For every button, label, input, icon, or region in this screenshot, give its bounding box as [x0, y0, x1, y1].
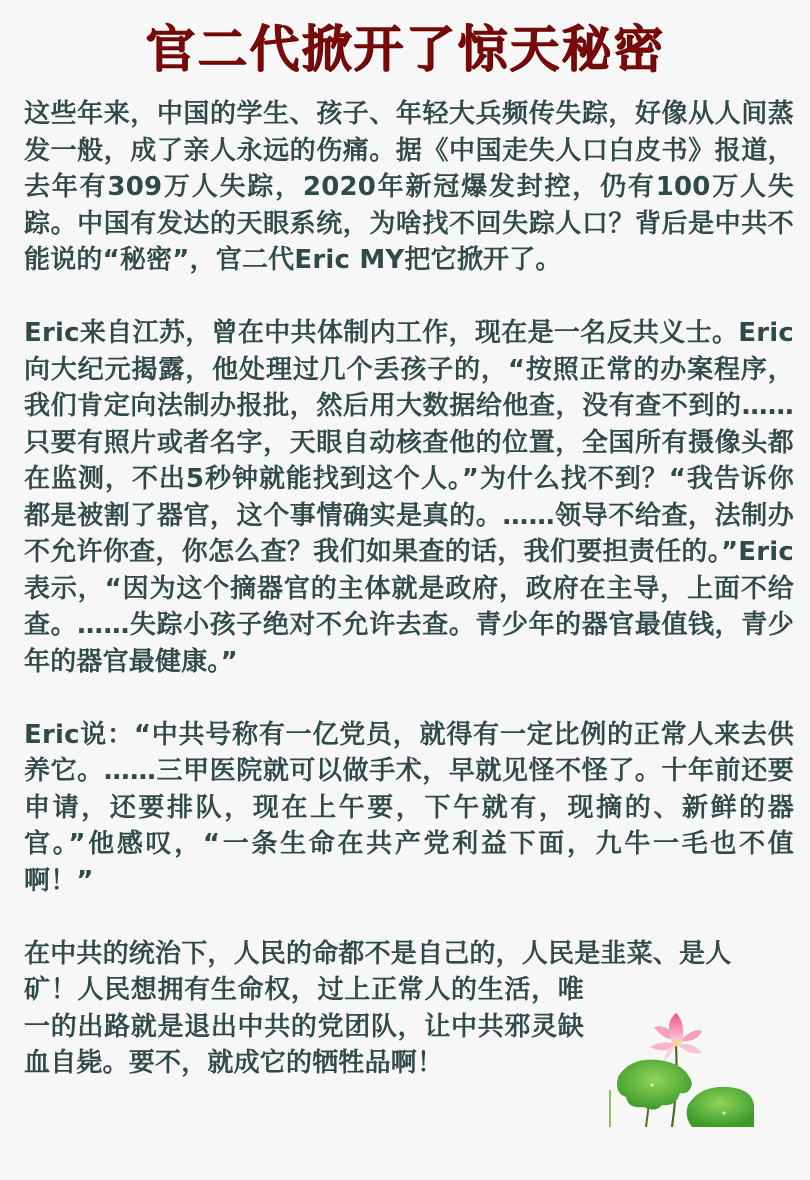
article-title: 官二代掀开了惊天秘密 — [0, 18, 810, 80]
closing-line-1: 在中共的统治下，人民的命都不是自己的，人民是韭菜、是人 — [24, 936, 794, 973]
paragraph-eric-quote: Eric说：“中共号称有一亿党员，就得有一定比例的正常人来去供养它。……三甲医院… — [24, 717, 794, 900]
closing-line-rest: 矿！人民想拥有生命权，过上正常人的生活，唯一的出路就是退出中共的党团队，让中共邪… — [24, 975, 584, 1078]
lotus-flower-icon — [606, 1005, 756, 1127]
article-body: 这些年来，中国的学生、孩子、年轻大兵频传失踪，好像从人间蒸发一般，成了亲人永远的… — [24, 96, 794, 1118]
paragraph-eric-background: Eric来自江苏，曾在中共体制内工作，现在是一名反共义士。Eric向大纪元揭露，… — [24, 315, 794, 680]
paragraph-intro: 这些年来，中国的学生、孩子、年轻大兵频传失踪，好像从人间蒸发一般，成了亲人永远的… — [24, 96, 794, 279]
paragraph-closing: 在中共的统治下，人民的命都不是自己的，人民是韭菜、是人矿！人民想拥有生命权，过上… — [24, 936, 584, 1082]
